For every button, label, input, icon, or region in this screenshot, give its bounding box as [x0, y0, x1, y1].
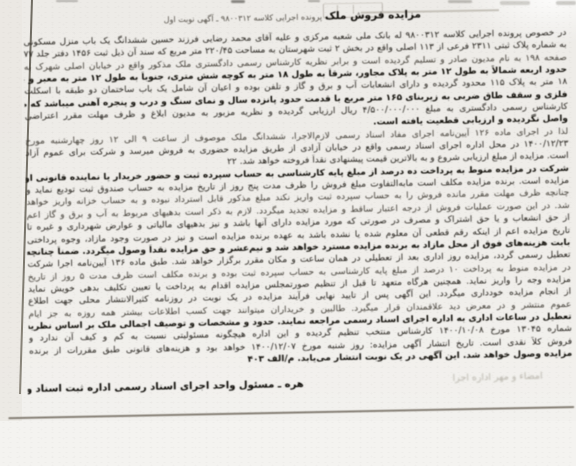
- notice-clipping: مزایده فروش ملک پرونده اجرایی کلاسه ۹۸۰۰…: [0, 0, 576, 466]
- notice-title: مزایده فروش ملک پرونده اجرایی کلاسه ۹۸۰۰…: [0, 8, 421, 31]
- handwritten-signature: امضاء و مهر اداره اجرا: [318, 371, 543, 393]
- signature-line: هره ـ مسئول واحد اجرای اسناد رسمی اداره …: [28, 379, 304, 395]
- notice-title-sub: پرونده اجرایی کلاسه ۹۸۰۰۳۱۲ ـ آگهی نوبت …: [164, 12, 322, 24]
- blank-paper-area: [0, 421, 576, 466]
- body-text-block: در خصوص پرونده اجرایی کلاسه ۹۸۰۰۳۱۲ له ب…: [23, 27, 572, 370]
- bottom-divider-line: [8, 406, 574, 419]
- notice-title-main: مزایده فروش ملک: [325, 9, 421, 23]
- document-page: مزایده فروش ملک پرونده اجرایی کلاسه ۹۸۰۰…: [0, 0, 576, 466]
